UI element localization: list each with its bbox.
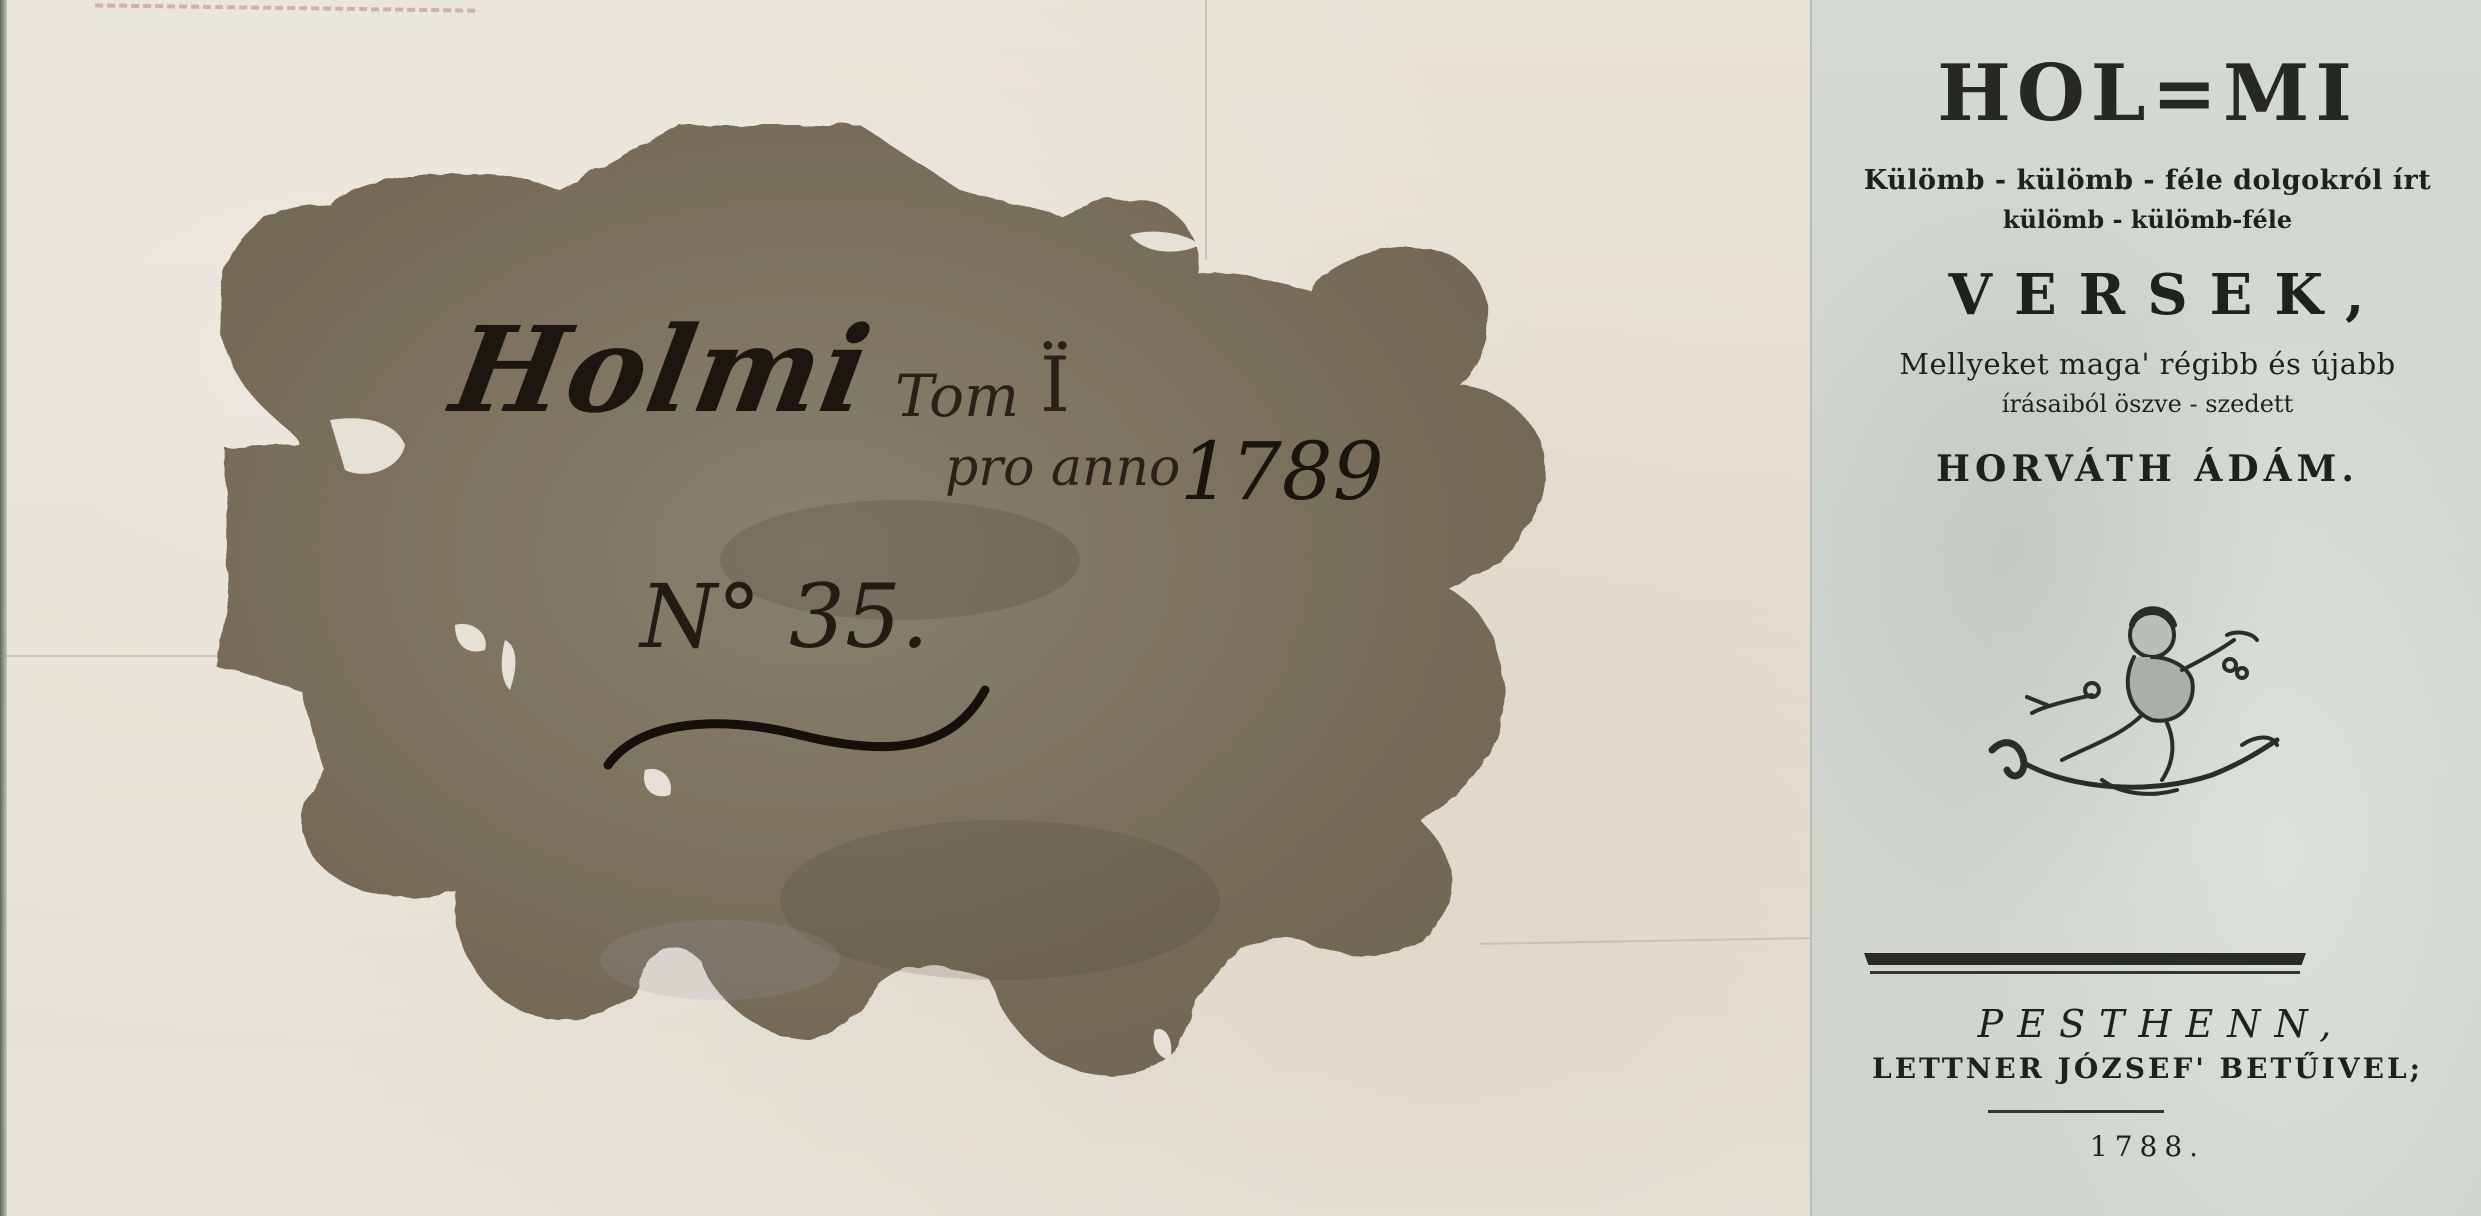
binding-paper-panel: Holmi Tom Ï pro anno 1789 N° 35. [0, 0, 1810, 1216]
title-page-short-rule [1988, 1110, 2164, 1113]
label-year-prefix: pro anno [945, 438, 1180, 498]
document-image: Holmi Tom Ï pro anno 1789 N° 35. HOL=MI … [0, 0, 2481, 1216]
title-page-description-line-2: írásaiból öszve - szedett [1812, 390, 2481, 418]
label-catalog-number: N° 35. [640, 565, 929, 668]
title-page-place: PESTHENN, [1812, 1002, 2481, 1046]
title-page-description-line-1: Mellyeket maga' régibb és újabb [1812, 347, 2481, 381]
label-year: 1789 [1180, 425, 1384, 518]
title-page-main-title: HOL=MI [1812, 48, 2481, 139]
title-page-subtitle-line-1: Külömb - külömb - féle dolgokról írt [1812, 165, 2481, 196]
title-page-ornamental-rule [1864, 953, 2306, 965]
title-page-panel: HOL=MI Külömb - külömb - féle dolgokról … [1810, 0, 2481, 1216]
title-page-subtitle-line-2: külömb - külömb-féle [1812, 205, 2481, 234]
label-volume-number: Ï [1040, 340, 1070, 429]
title-page-rule [1870, 971, 2300, 974]
cherub-vignette-icon [1952, 585, 2302, 805]
title-page-genre: VERSEK, [1812, 262, 2481, 328]
label-volume-prefix: Tom [895, 362, 1019, 430]
title-page-year: 1788. [1812, 1130, 2481, 1163]
label-title: Holmi [443, 300, 882, 439]
title-page-printer: LETTNER JÓZSEF' BETŰIVEL; [1812, 1052, 2481, 1085]
title-page-author: HORVÁTH ÁDÁM. [1812, 448, 2481, 490]
